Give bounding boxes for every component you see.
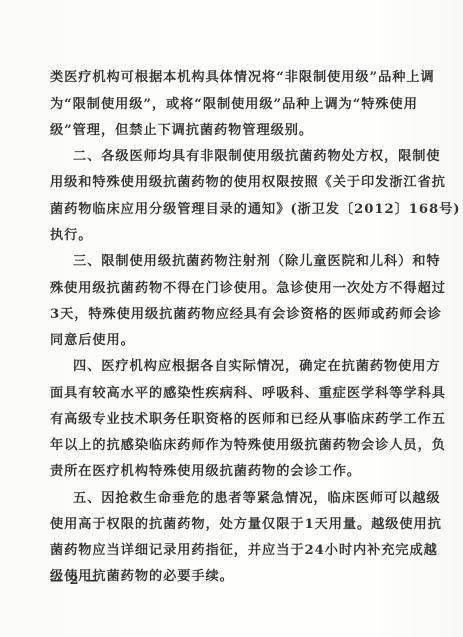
text-line: 菌药物临床应用分级管理目录的通知》(浙卫发〔2012〕168号)	[50, 200, 392, 220]
text-line: 同意后使用。	[50, 331, 392, 351]
section-three-heading-line: 三、限制使用级抗菌药物注射剂（除儿童医院和儿科）和特	[73, 252, 392, 272]
text-line: 有高级专业技术职务任职资格的医师和已经从事临床药学工作五	[50, 410, 392, 430]
section-five-heading-line: 五、因抢救生命垂危的患者等紧急情况，临床医师可以越级	[73, 489, 392, 509]
text-line: 3天，特殊使用级抗菌药物应经具有会诊资格的医师或药师会诊	[50, 305, 392, 325]
text-line: 级使用抗菌药物的必要手续。	[50, 567, 392, 587]
section-four-heading-line: 四、医疗机构应根据各自实际情况，确定在抗菌药物使用方	[73, 357, 392, 377]
text-line: 菌药物应当详细记录用药指征，并应当于24小时内补充完成越	[50, 541, 392, 561]
text-line: 殊使用级抗菌药物不得在门诊使用。急诊使用一次处方不得超过	[50, 279, 392, 299]
text-line: 类医疗机构可根据本机构具体情况将“非限制使用级”品种上调	[50, 68, 392, 88]
document-page: 类医疗机构可根据本机构具体情况将“非限制使用级”品种上调 为“限制使用级”，或将…	[0, 0, 463, 637]
text-line: 执行。	[50, 226, 392, 246]
text-line: 使用高于权限的抗菌药物，处方量仅限于1天用量。越级使用抗	[50, 515, 392, 535]
text-line: 用级和特殊使用级抗菌药物的使用权限按照《关于印发浙江省抗	[50, 173, 392, 193]
text-line: 为“限制使用级”，或将“限制使用级”品种上调为“特殊使用	[50, 95, 392, 115]
page-number: — 2 —	[50, 572, 99, 590]
text-line: 级”管理，但禁止下调抗菌药物管理级别。	[50, 121, 392, 141]
text-line: 年以上的抗感染临床药师作为特殊使用级抗菌药物会诊人员，负	[50, 436, 392, 456]
text-line: 责所在医疗机构特殊使用级抗菌药物的会诊工作。	[50, 462, 392, 482]
text-line: 面具有较高水平的感染性疾病科、呼吸科、重症医学科等学科具	[50, 384, 392, 404]
section-two-heading-line: 二、各级医师均具有非限制使用级抗菌药物处方权，限制使	[73, 147, 392, 167]
